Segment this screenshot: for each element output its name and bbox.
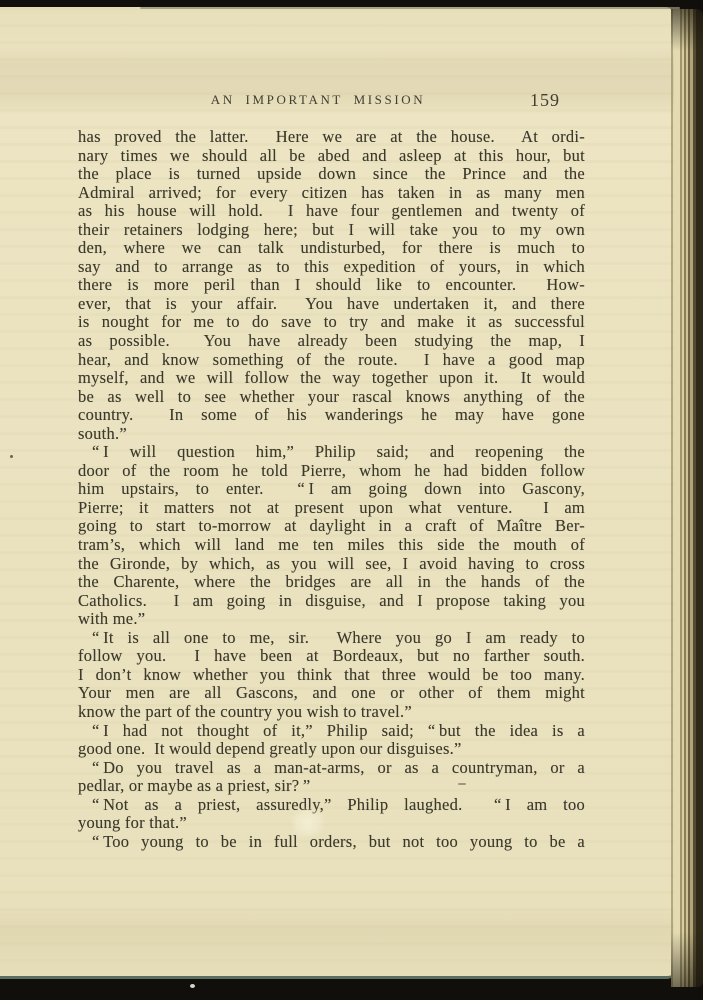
text-line: country. In some of his wanderings he ma… <box>78 406 585 425</box>
running-head-title: AN IMPORTANT MISSION <box>78 92 558 108</box>
scanned-book-photo: AN IMPORTANT MISSION 159 has proved the … <box>0 0 703 1000</box>
text-line: tram’s, which will land me ten miles thi… <box>78 536 585 555</box>
text-line: there is more peril than I should like t… <box>78 276 585 295</box>
text-line: as possible. You have already been study… <box>78 332 585 351</box>
text-line: the Charente, where the bridges are all … <box>78 573 585 592</box>
text-line: good one. It would depend greatly upon o… <box>78 740 585 759</box>
text-line: pedlar, or maybe as a priest, sir? ” <box>78 777 585 796</box>
page-number: 159 <box>530 90 560 111</box>
text-line: hear, and know something of the route. I… <box>78 351 585 370</box>
page-body: has proved the latter. Here we are at th… <box>78 128 585 851</box>
page-edge-stack <box>671 9 703 987</box>
text-line: is nought for me to do save to try and m… <box>78 313 585 332</box>
text-line: going to start to-morrow at daylight in … <box>78 517 585 536</box>
text-line: be as well to see whether your rascal kn… <box>78 388 585 407</box>
dust-speck <box>190 984 195 988</box>
text-line: Admiral arrived; for every citizen has t… <box>78 184 585 203</box>
dust-speck <box>458 783 466 785</box>
text-line: ever, that is your affair. You have unde… <box>78 295 585 314</box>
text-line: their retainers lodging here; but I will… <box>78 221 585 240</box>
running-head: AN IMPORTANT MISSION 159 <box>78 90 585 112</box>
page-top-edge-line <box>140 7 680 9</box>
text-line: Catholics. I am going in disguise, and I… <box>78 592 585 611</box>
text-line: den, where we can talk undisturbed, for … <box>78 239 585 258</box>
text-line: young for that.” <box>78 814 585 833</box>
text-line: nary times we should all be abed and asl… <box>78 147 585 166</box>
text-line: “ Do you travel as a man-at-arms, or as … <box>78 759 585 778</box>
text-line: follow you. I have been at Bordeaux, but… <box>78 647 585 666</box>
text-line: “ I will question him,” Philip said; and… <box>78 443 585 462</box>
dust-speck <box>10 455 13 458</box>
text-line: Your men are all Gascons, and one or oth… <box>78 684 585 703</box>
text-line: “ Too young to be in full orders, but no… <box>78 833 585 852</box>
text-line: with me.” <box>78 610 585 629</box>
text-line: has proved the latter. Here we are at th… <box>78 128 585 147</box>
text-line: Pierre; it matters not at present upon w… <box>78 499 585 518</box>
text-line: “ It is all one to me, sir. Where you go… <box>78 629 585 648</box>
text-line: I don’t know whether you think that thre… <box>78 666 585 685</box>
text-line: “ I had not thought of it,” Philip said;… <box>78 722 585 741</box>
text-line: door of the room he told Pierre, whom he… <box>78 462 585 481</box>
text-line: “ Not as a priest, assuredly,” Philip la… <box>78 796 585 815</box>
text-line: the Gironde, by which, as you will see, … <box>78 555 585 574</box>
text-line: as his house will hold. I have four gent… <box>78 202 585 221</box>
text-line: south.” <box>78 425 585 444</box>
text-line: say and to arrange as to this expedition… <box>78 258 585 277</box>
text-line: him upstairs, to enter. “ I am going dow… <box>78 480 585 499</box>
text-line: know the part of the country you wish to… <box>78 703 585 722</box>
text-line: the place is turned upside down since th… <box>78 165 585 184</box>
text-line: myself, and we will follow the way toget… <box>78 369 585 388</box>
